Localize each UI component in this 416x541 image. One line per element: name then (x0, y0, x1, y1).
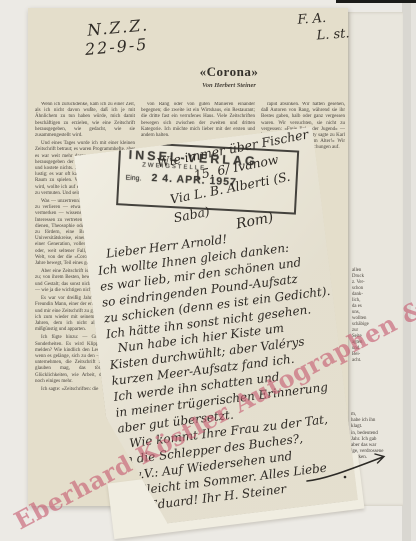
article-paragraph: von Rang oder von guten Manieren einande… (141, 102, 255, 139)
stamp-received-label: Eing. (125, 175, 141, 183)
rear-paper-sheet: allen Druck z. Ver- schon dank- lich, da… (346, 12, 403, 506)
scanned-document: { "newspaper": { "title": "«Corona»", "b… (0, 0, 416, 541)
article-byline: Von Herbert Steiner (149, 82, 309, 89)
article-paragraph: Wenn ich zurückdenke, kam ich zu einer Z… (35, 102, 135, 139)
ink-arrow-squiggle (303, 450, 395, 486)
article-title: «Corona» (149, 64, 309, 80)
scan-background-right-sliver (411, 0, 416, 541)
sliver-word: acht. (352, 358, 392, 364)
pencil-annotation-fa: F. A. L. st. (297, 8, 350, 45)
scan-top-edge-line (336, 0, 416, 3)
pencil-annotation-nzz: N.Z.Z. 22-9-5 (86, 15, 151, 58)
fa-initials-2: L. st. (316, 25, 350, 44)
